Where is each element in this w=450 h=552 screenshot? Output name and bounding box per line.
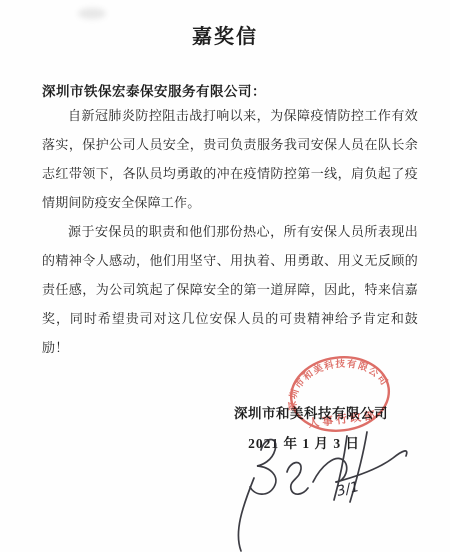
seal-arc-text: 深圳市和美科技有限公司 (282, 352, 393, 412)
commendation-letter-page: 嘉奖信 深圳市铁保宏泰保安服务有限公司： 自新冠肺炎防控阻击战打响以来，为保障疫… (0, 0, 450, 552)
letter-title: 嘉奖信 (0, 20, 450, 49)
scan-smudge (78, 8, 106, 19)
signature-stroke-b (250, 440, 276, 495)
body-paragraph-2: 源于安保员的职责和他们那份热心，所有安保人员所表现出的精神令人感动，他们用坚守、… (42, 217, 418, 362)
addressee-line: 深圳市铁保宏泰保安服务有限公司： (42, 80, 418, 100)
handwritten-signature: 3/1 (195, 420, 425, 552)
body-paragraph-1: 自新冠肺炎防控阻击战打响以来，为保障疫情防控工作有效落实，保护公司人员安全，贵司… (42, 101, 418, 217)
signature-stroke-loop (287, 463, 308, 495)
